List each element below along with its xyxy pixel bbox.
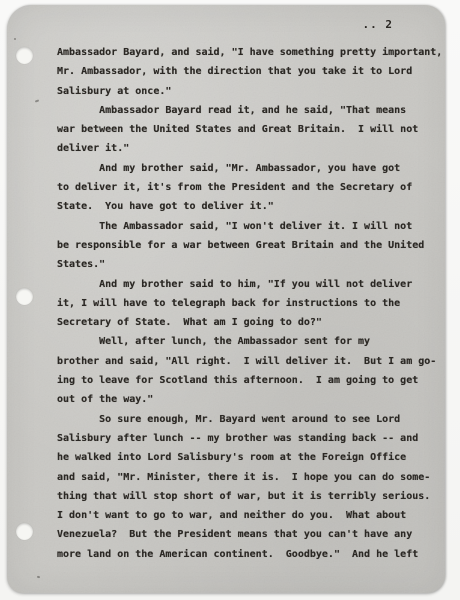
scan-background: .. 2 Ambassador Bayard, and said, "I hav… [0,0,460,600]
typed-line: And my brother said to him, "If you will… [57,275,439,294]
typed-line: I don't want to go to war, and neither d… [57,506,439,525]
typed-line: State. You have got to deliver it." [57,197,439,216]
typed-line: So sure enough, Mr. Bayard went around t… [57,410,439,429]
typed-line: Ambassador Bayard, and said, "I have som… [57,43,439,62]
scan-speck [35,99,39,102]
typed-line: thing that will stop short of war, but i… [57,487,439,506]
typed-line: The Ambassador said, "I won't deliver it… [57,217,439,236]
typed-line: out of the way." [57,390,439,409]
typed-line: States." [57,255,439,274]
typed-line: Salisbury after lunch -- my brother was … [57,429,439,448]
punch-hole-middle [16,288,33,305]
typed-line: it, I will have to telegraph back for in… [57,294,439,313]
typed-line: more land on the American continent. Goo… [57,545,439,564]
typed-line: to deliver it, it's from the President a… [57,178,439,197]
document-page: .. 2 Ambassador Bayard, and said, "I hav… [7,5,445,593]
typed-line: brother and said, "All right. I will del… [57,352,439,371]
typed-line: Salisbury at once." [57,82,439,101]
scan-speck [14,38,16,40]
page-number: .. 2 [363,18,394,31]
typed-line: Ambassador Bayard read it, and he said, … [57,101,439,120]
typed-line: deliver it." [57,139,439,158]
typed-line: Venezuela? But the President means that … [57,525,439,544]
typed-line: Well, after lunch, the Ambassador sent f… [57,332,439,351]
typed-line: ing to leave for Scotland this afternoon… [57,371,439,390]
punch-hole-bottom [16,523,33,540]
punch-hole-top [16,47,33,64]
typed-text-block: Ambassador Bayard, and said, "I have som… [57,43,439,564]
typed-line: be responsible for a war between Great B… [57,236,439,255]
typed-line: he walked into Lord Salisbury's room at … [57,448,439,467]
typed-line: war between the United States and Great … [57,120,439,139]
typed-line: And my brother said, "Mr. Ambassador, yo… [57,159,439,178]
typed-line: Mr. Ambassador, with the direction that … [57,62,439,81]
typed-line: and said, "Mr. Minister, there it is. I … [57,468,439,487]
scan-speck [37,576,40,578]
typed-line: Secretary of State. What am I going to d… [57,313,439,332]
